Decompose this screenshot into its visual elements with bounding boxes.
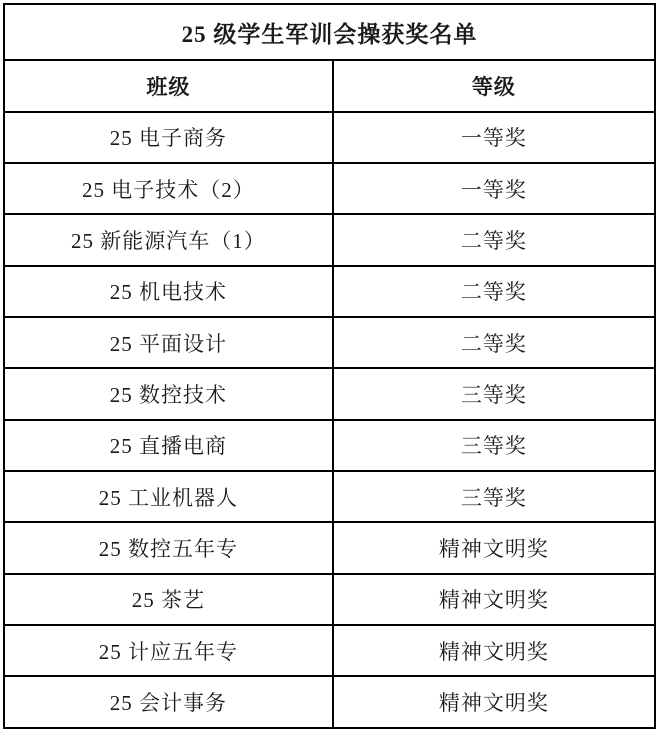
award-table: 25 级学生军训会操获奖名单 班级 等级 25 电子商务 一等奖 25 电子技术…: [3, 3, 656, 729]
table-title: 25 级学生军训会操获奖名单: [4, 4, 655, 60]
award-cell: 精神文明奖: [333, 574, 655, 625]
class-cell: 25 数控技术: [4, 368, 333, 419]
class-cell: 25 直播电商: [4, 420, 333, 471]
award-cell: 三等奖: [333, 471, 655, 522]
award-cell: 三等奖: [333, 368, 655, 419]
document-page: 25 级学生军训会操获奖名单 班级 等级 25 电子商务 一等奖 25 电子技术…: [0, 0, 659, 732]
table-row: 25 新能源汽车（1） 二等奖: [4, 214, 655, 265]
award-cell: 二等奖: [333, 214, 655, 265]
class-cell: 25 电子商务: [4, 112, 333, 163]
table-row: 25 机电技术 二等奖: [4, 266, 655, 317]
table-row: 25 平面设计 二等奖: [4, 317, 655, 368]
class-cell: 25 工业机器人: [4, 471, 333, 522]
award-cell: 二等奖: [333, 317, 655, 368]
table-row: 25 电子商务 一等奖: [4, 112, 655, 163]
award-cell: 精神文明奖: [333, 522, 655, 573]
table-row: 25 数控五年专 精神文明奖: [4, 522, 655, 573]
award-cell: 二等奖: [333, 266, 655, 317]
header-row: 班级 等级: [4, 60, 655, 111]
class-cell: 25 平面设计: [4, 317, 333, 368]
award-cell: 精神文明奖: [333, 625, 655, 676]
class-cell: 25 电子技术（2）: [4, 163, 333, 214]
table-row: 25 电子技术（2） 一等奖: [4, 163, 655, 214]
award-cell: 一等奖: [333, 112, 655, 163]
award-cell: 精神文明奖: [333, 676, 655, 728]
class-cell: 25 机电技术: [4, 266, 333, 317]
title-row: 25 级学生军训会操获奖名单: [4, 4, 655, 60]
table-row: 25 会计事务 精神文明奖: [4, 676, 655, 728]
class-cell: 25 新能源汽车（1）: [4, 214, 333, 265]
column-header-award: 等级: [333, 60, 655, 111]
class-cell: 25 会计事务: [4, 676, 333, 728]
table-row: 25 茶艺 精神文明奖: [4, 574, 655, 625]
award-cell: 一等奖: [333, 163, 655, 214]
table-row: 25 工业机器人 三等奖: [4, 471, 655, 522]
table-row: 25 计应五年专 精神文明奖: [4, 625, 655, 676]
class-cell: 25 计应五年专: [4, 625, 333, 676]
table-row: 25 直播电商 三等奖: [4, 420, 655, 471]
column-header-class: 班级: [4, 60, 333, 111]
class-cell: 25 茶艺: [4, 574, 333, 625]
table-row: 25 数控技术 三等奖: [4, 368, 655, 419]
class-cell: 25 数控五年专: [4, 522, 333, 573]
award-cell: 三等奖: [333, 420, 655, 471]
